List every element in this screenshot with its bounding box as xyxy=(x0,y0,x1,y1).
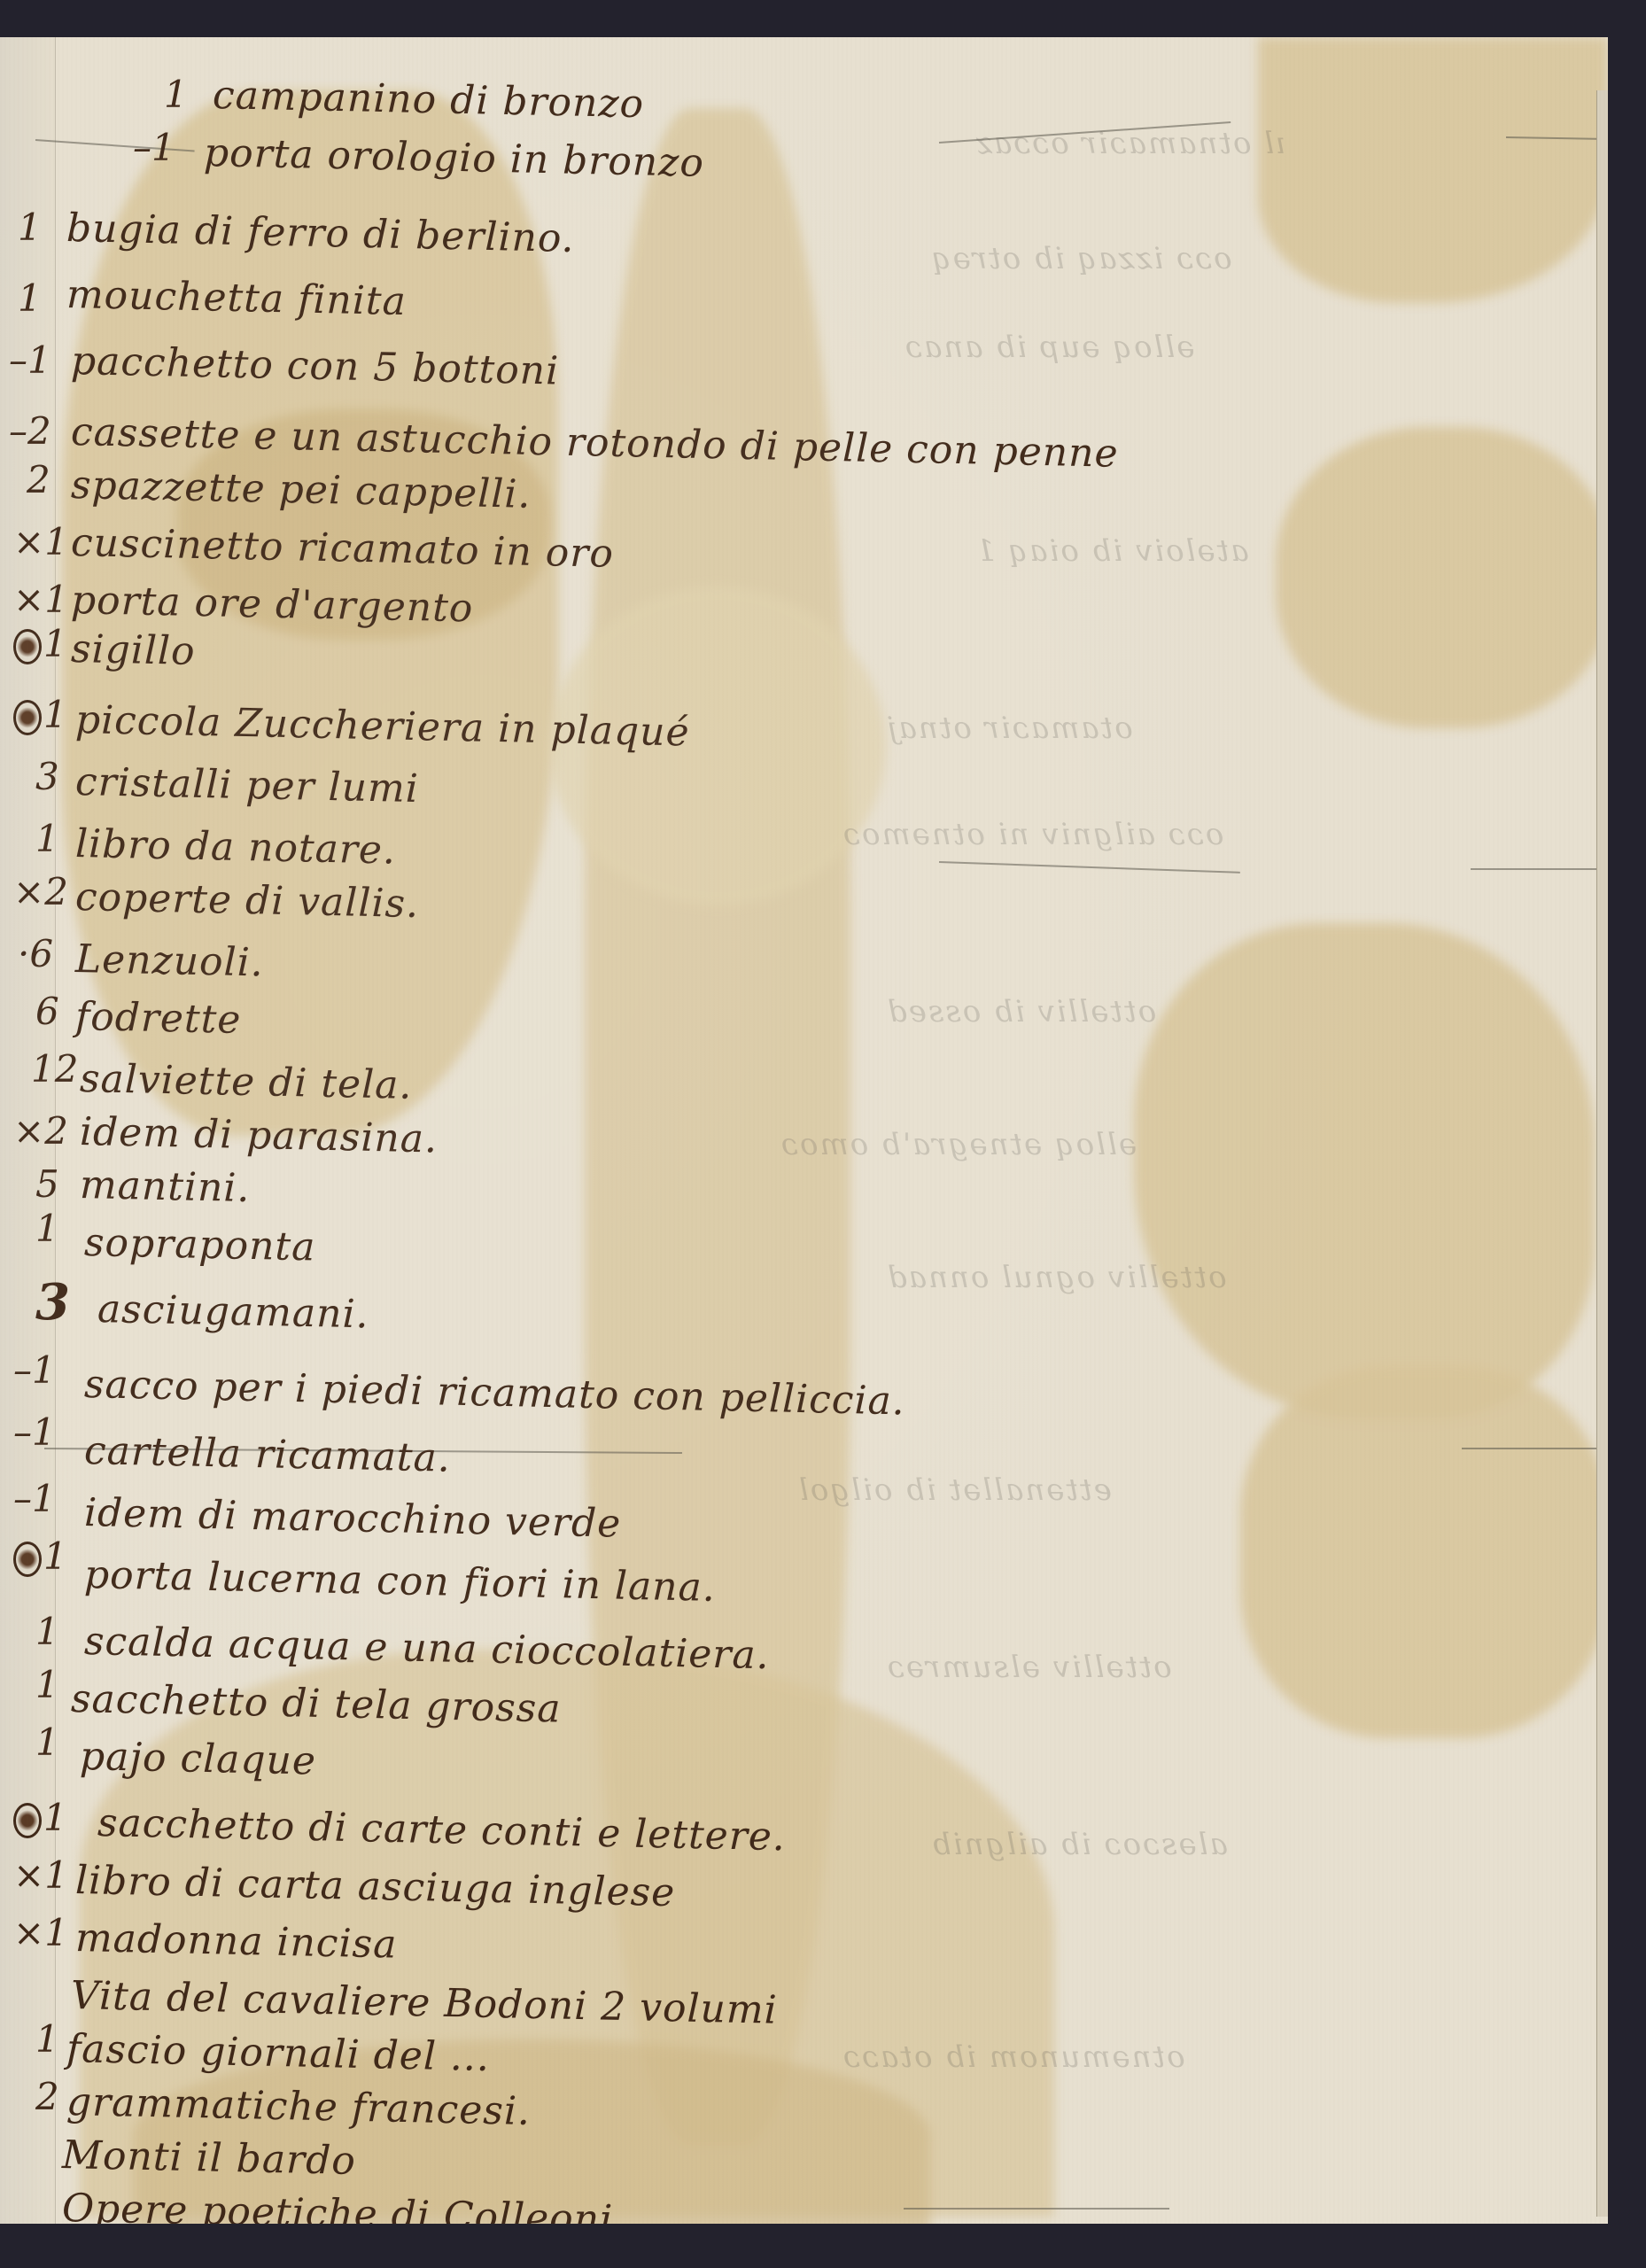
entry-mark: –1 xyxy=(133,126,175,169)
entry-qty: 1 xyxy=(18,206,42,249)
entry-mark: 1 xyxy=(164,73,188,116)
water-stain xyxy=(1258,37,1608,303)
entry-text: salviette di tela. xyxy=(79,1056,412,1108)
circled-mark-icon xyxy=(13,1803,42,1838)
water-stain xyxy=(1134,923,1595,1419)
entry-mark: ×2 xyxy=(13,870,68,913)
bleed-through-text: otnəmunom ib otaɔɔ xyxy=(842,2039,1185,2075)
entry-qty: 1 xyxy=(35,1207,59,1250)
paper-tear xyxy=(1462,1448,1608,1449)
entry-mark: –2 xyxy=(9,409,51,453)
entry-qty: 1 xyxy=(151,126,175,169)
entry-text: fascio giornali del ... xyxy=(66,2026,490,2080)
entry-qty: 2 xyxy=(44,1109,68,1153)
entry-text: spazzette pei cappelli. xyxy=(70,462,531,517)
entry-mark: ×1 xyxy=(13,1853,68,1897)
entry-text: coperte di vallis. xyxy=(74,874,419,927)
paper-fold-flap xyxy=(1596,90,1608,2217)
entry-qty: 1 xyxy=(32,1348,56,1392)
entry-text: madonna incisa xyxy=(74,1915,397,1968)
bleed-through-text: ıl otnamaɔir oɔɔaz xyxy=(974,126,1285,161)
entry-mark: –1 xyxy=(13,1348,56,1392)
entry-qty: 1 xyxy=(44,1853,68,1897)
entry-text: campanino di bronzo xyxy=(212,73,644,127)
entry-qty: 1 xyxy=(43,693,67,736)
paper-tear xyxy=(904,2208,1169,2210)
water-stain xyxy=(1276,427,1608,728)
entry-qty: 1 xyxy=(44,578,68,621)
entry-text: libro da notare. xyxy=(74,821,396,874)
entry-qty: 2 xyxy=(27,458,50,501)
bleed-through-text: ottəlliv əlsumrəɔ xyxy=(886,1650,1172,1685)
entry-text: idem di parasina. xyxy=(79,1109,438,1161)
entry-mark: 1 xyxy=(13,1796,67,1839)
bleed-through-text: oɔɔ izzaq ib otrəq xyxy=(930,241,1232,276)
bleed-through-text: ettənallət ib oilgol xyxy=(797,1472,1112,1508)
entry-qty: 1 xyxy=(43,1534,67,1578)
entry-qty: 1 xyxy=(32,1477,56,1520)
entry-qty: 2 xyxy=(44,870,68,913)
entry-text: fodrette xyxy=(74,994,241,1043)
entry-text: mouchetta finita xyxy=(66,272,407,324)
entry-qty: 2 xyxy=(35,2075,59,2118)
entry-qty: 1 xyxy=(43,622,67,665)
bleed-through-text: otamaɔir otnaj xyxy=(886,711,1133,746)
entry-mark: –1 xyxy=(13,1477,56,1520)
entry-qty: 1 xyxy=(35,1610,59,1653)
entry-mark: ×1 xyxy=(13,1911,68,1954)
bleed-through-text: ottəlliv ib ossed xyxy=(886,994,1156,1029)
bleed-through-text: əlloq ətnəgra'b omoɔ xyxy=(780,1127,1137,1162)
entry-mark: –1 xyxy=(9,338,51,382)
bleed-through-text: əlloq əup ib anaɔ xyxy=(904,330,1194,365)
paper-tear xyxy=(1471,868,1608,870)
entry-mark: ×1 xyxy=(13,520,68,563)
entry-text: porta ore d'argento xyxy=(70,578,473,632)
entry-text: sopraponta xyxy=(83,1220,315,1270)
entry-qty: 1 xyxy=(35,2017,59,2061)
circled-mark-icon xyxy=(13,629,42,664)
bleed-through-text: atəloiv ib oiaq 1 xyxy=(974,533,1249,569)
entry-qty: 3 xyxy=(35,1273,70,1332)
circled-mark-icon xyxy=(13,1542,42,1577)
entry-text: cristalli per lumi xyxy=(74,759,419,812)
entry-qty: 1 xyxy=(35,1663,59,1706)
bleed-through-text: oɔɔ ailgniv ni otnəmoɔ xyxy=(842,817,1223,852)
entry-text: cartella ricamata. xyxy=(83,1428,451,1481)
water-stain xyxy=(1240,1366,1608,1738)
entry-qty: 1 xyxy=(44,1911,68,1954)
manuscript-page: ıl otnamaɔir oɔɔaz oɔɔ izzaq ib otrəq əl… xyxy=(0,37,1608,2224)
circled-mark-icon xyxy=(13,700,42,735)
entry-mark: 1 xyxy=(13,622,67,665)
entry-mark: ·6 xyxy=(18,932,53,975)
entry-text: sacchetto di tela grossa xyxy=(70,1676,562,1732)
entry-qty: 1 xyxy=(32,1410,56,1454)
entry-mark: ×1 xyxy=(13,578,68,621)
entry-qty: 3 xyxy=(35,755,59,798)
entry-qty: 12 xyxy=(31,1047,78,1091)
entry-mark: 1 xyxy=(13,693,67,736)
entry-qty: 1 xyxy=(18,276,42,320)
entry-text: pajo claque xyxy=(79,1734,316,1784)
entry-text: sigillo xyxy=(70,626,196,674)
entry-text: Lenzuoli. xyxy=(74,936,264,985)
entry-qty: 2 xyxy=(27,409,51,453)
entry-text: idem di marocchino verde xyxy=(83,1490,621,1547)
entry-text: asciugamani. xyxy=(97,1286,369,1337)
entry-mark: –1 xyxy=(13,1410,56,1454)
entry-qty: 6 xyxy=(29,932,53,975)
entry-qty: 1 xyxy=(27,338,51,382)
paper-tear xyxy=(939,861,1240,874)
entry-text: mantini. xyxy=(79,1162,250,1211)
entry-qty: 1 xyxy=(43,1796,67,1839)
entry-qty: 5 xyxy=(35,1162,59,1206)
entry-text: Monti il bardo xyxy=(61,2132,356,2184)
entry-qty: 6 xyxy=(35,990,59,1033)
bleed-through-text: ottəlliv ognul onnad xyxy=(886,1260,1227,1295)
entry-qty: 1 xyxy=(44,520,68,563)
entry-mark: 1 xyxy=(13,1534,67,1578)
entry-qty: 1 xyxy=(35,1720,59,1764)
entry-mark: ×2 xyxy=(13,1109,68,1153)
bleed-through-text: aləsɔoɔ ib ailgnib xyxy=(930,1827,1228,1862)
entry-qty: 1 xyxy=(35,817,59,860)
